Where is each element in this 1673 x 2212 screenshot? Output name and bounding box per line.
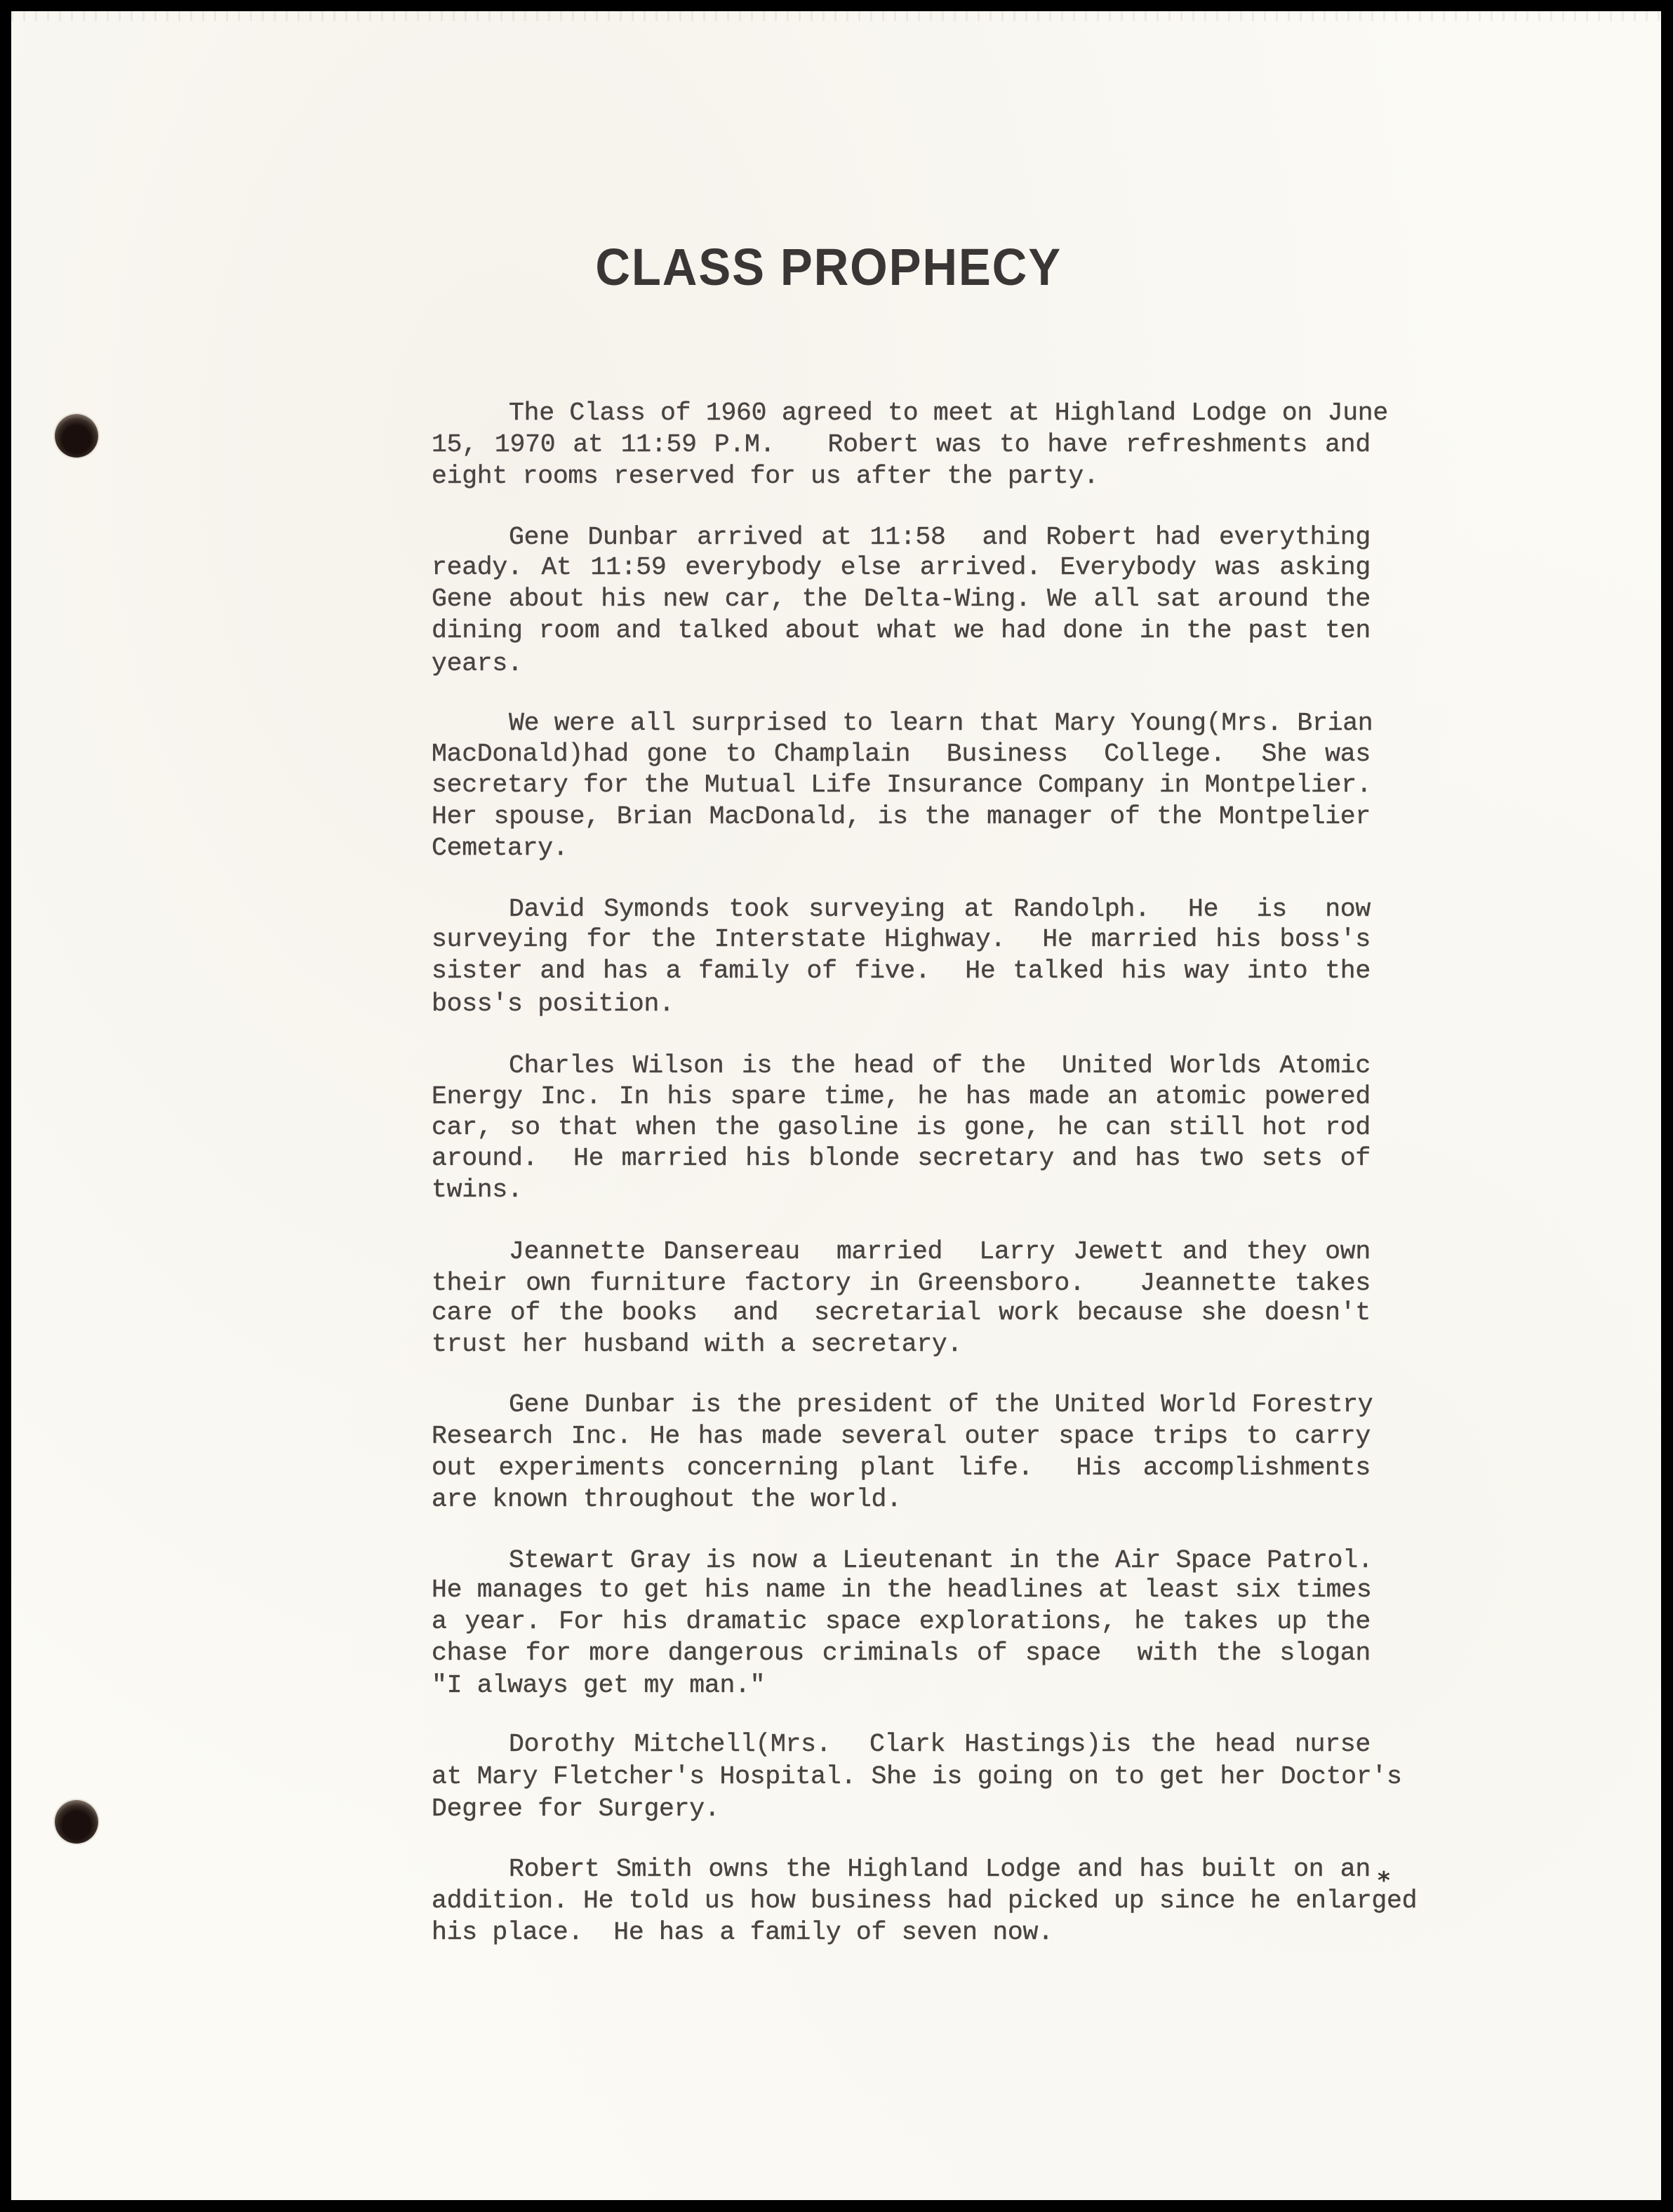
text-line: secretary for the Mutual Life Insurance … xyxy=(432,770,1371,801)
text-line: out experiments concerning plant life. H… xyxy=(432,1453,1371,1484)
text-line: Robert Smith owns the Highland Lodge and… xyxy=(509,1854,1371,1885)
text-line: David Symonds took surveying at Randolph… xyxy=(509,894,1371,925)
paper-edge-speckle xyxy=(11,11,1661,21)
text-line: are known throughout the world. xyxy=(432,1484,1371,1515)
text-line: 15, 1970 at 11:59 P.M. Robert was to hav… xyxy=(432,429,1371,460)
text-line: He manages to get his name in the headli… xyxy=(432,1575,1371,1606)
text-line: boss's position. xyxy=(432,989,1371,1020)
text-line: ready. At 11:59 everybody else arrived. … xyxy=(432,552,1371,583)
punch-hole-icon xyxy=(55,1800,98,1844)
text-line: years. xyxy=(432,648,1371,679)
text-line: Gene about his new car, the Delta-Wing. … xyxy=(432,584,1371,615)
text-line: trust her husband with a secretary. xyxy=(432,1329,1371,1360)
text-line: MacDonald)had gone to Champlain Business… xyxy=(432,739,1371,770)
text-line: around. He married his blonde secretary … xyxy=(432,1143,1371,1174)
text-line: Degree for Surgery. xyxy=(432,1794,1371,1825)
text-line: Dorothy Mitchell(Mrs. Clark Hastings)is … xyxy=(509,1729,1371,1760)
text-line: his place. He has a family of seven now. xyxy=(432,1917,1371,1948)
text-line: a year. For his dramatic space explorati… xyxy=(432,1606,1371,1637)
page-title: CLASS PROPHECY xyxy=(51,237,1606,297)
text-line: care of the books and secretarial work b… xyxy=(432,1298,1371,1328)
text-line: Stewart Gray is now a Lieutenant in the … xyxy=(509,1545,1371,1576)
text-line: chase for more dangerous criminals of sp… xyxy=(432,1638,1371,1669)
text-line: Her spouse, Brian MacDonald, is the mana… xyxy=(432,801,1371,832)
text-line: Gene Dunbar arrived at 11:58 and Robert … xyxy=(509,522,1371,553)
text-line: Cemetary. xyxy=(432,833,1371,864)
text-line: their own furniture factory in Greensbor… xyxy=(432,1268,1371,1299)
text-line: car, so that when the gasoline is gone, … xyxy=(432,1112,1371,1143)
text-line: The Class of 1960 agreed to meet at High… xyxy=(509,398,1371,429)
text-line: Energy Inc. In his spare time, he has ma… xyxy=(432,1081,1371,1112)
text-line: addition. He told us how business had pi… xyxy=(432,1886,1400,1917)
text-line: sister and has a family of five. He talk… xyxy=(432,956,1371,987)
text-line: We were all surprised to learn that Mary… xyxy=(509,708,1371,739)
text-line: at Mary Fletcher's Hospital. She is goin… xyxy=(432,1761,1400,1792)
text-line: surveying for the Interstate Highway. He… xyxy=(432,924,1371,955)
text-line: "I always get my man." xyxy=(432,1670,1371,1701)
text-line: eight rooms reserved for us after the pa… xyxy=(432,461,1371,492)
text-line: Charles Wilson is the head of the United… xyxy=(509,1051,1371,1081)
asterisk-margin-mark-icon: * xyxy=(1378,1867,1390,1895)
punch-hole-icon xyxy=(55,414,98,458)
text-line: Jeannette Dansereau married Larry Jewett… xyxy=(509,1237,1371,1267)
text-line: dining room and talked about what we had… xyxy=(432,615,1371,646)
text-line: Research Inc. He has made several outer … xyxy=(432,1421,1371,1452)
text-line: twins. xyxy=(432,1175,1371,1206)
text-line: Gene Dunbar is the president of the Unit… xyxy=(509,1390,1371,1420)
